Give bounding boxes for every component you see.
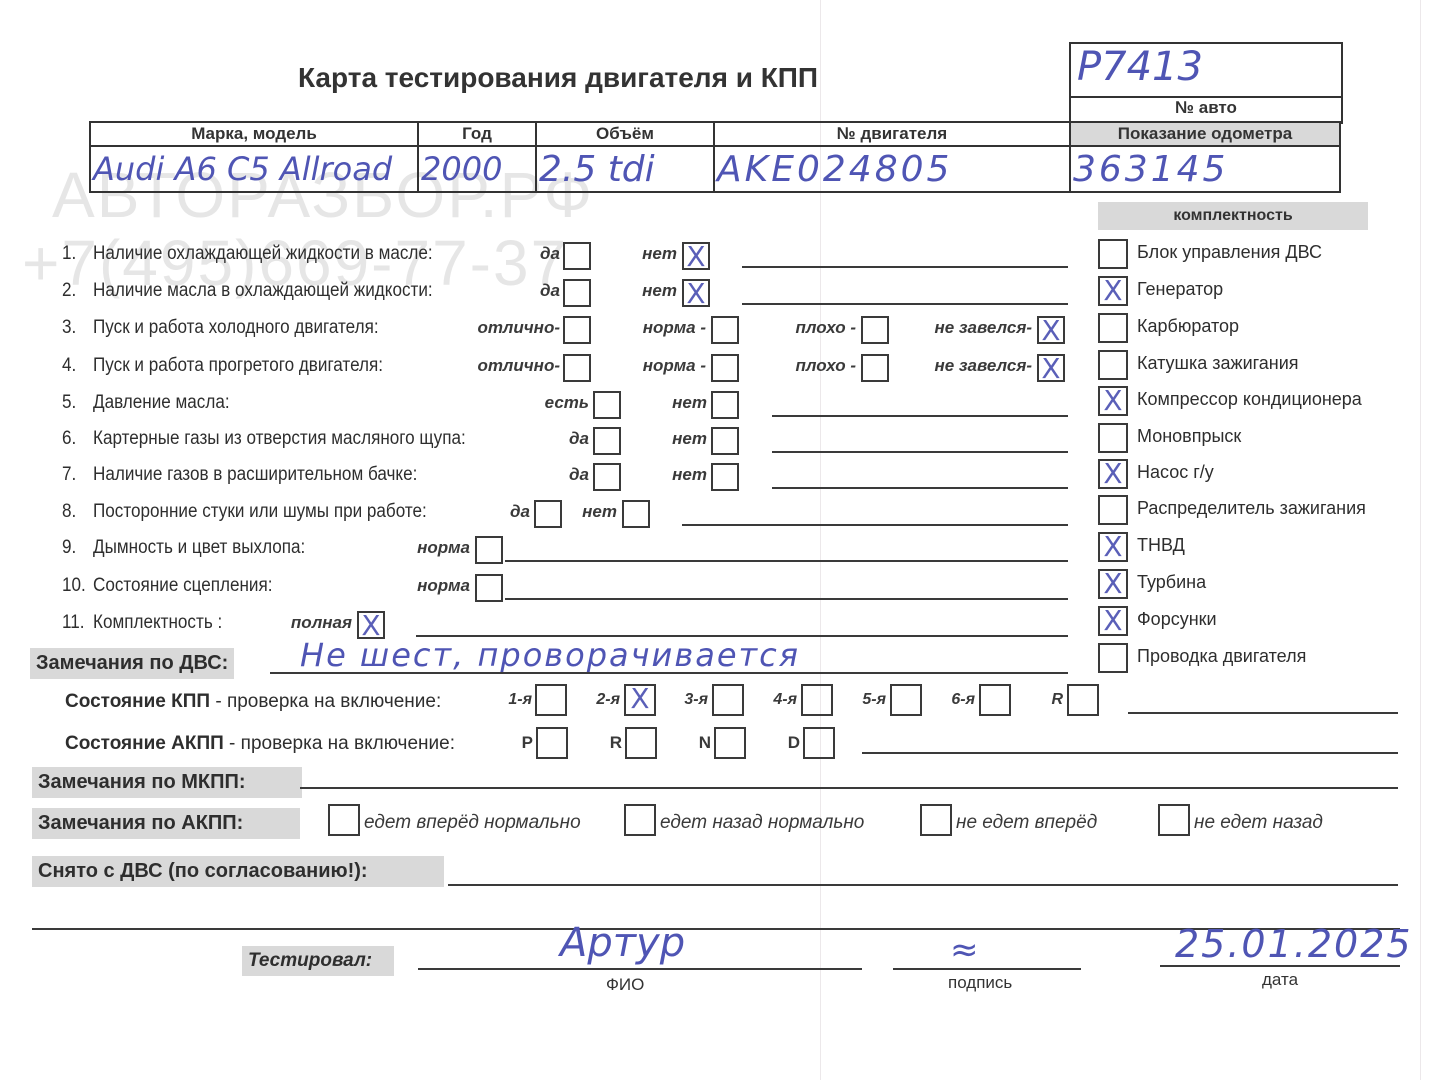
option-label: норма -: [566, 318, 706, 338]
signature-caption: подпись: [948, 973, 1012, 993]
check-mark-icon: X: [684, 275, 708, 313]
gear-label: N: [671, 733, 711, 753]
gear-label: D: [760, 733, 800, 753]
answer-line-q9[interactable]: [505, 560, 1068, 562]
auto-gear-checkbox-1[interactable]: [536, 727, 568, 759]
option-label: нет: [537, 281, 677, 301]
col-odometer: Показание одометра: [1070, 122, 1340, 146]
kit-item-label: Компрессор кондиционера: [1137, 389, 1362, 410]
volume-value[interactable]: 2.5 tdi: [536, 146, 714, 192]
checkbox-q2-2[interactable]: X: [682, 279, 710, 307]
checkbox-q9-1[interactable]: [475, 536, 503, 564]
checklist-num-9: 9.: [62, 537, 76, 559]
auto-gear-checkbox-2[interactable]: [625, 727, 657, 759]
make-model-value[interactable]: Audi A6 C5 Allroad: [90, 146, 418, 192]
kit-checkbox-1[interactable]: [1098, 239, 1128, 269]
kit-item-label: Генератор: [1137, 279, 1223, 300]
gearbox-label-rest: - проверка на включение:: [210, 691, 441, 712]
akpp-remark-label: не едет назад: [1194, 812, 1323, 834]
kit-item-label: Распределитель зажигания: [1137, 498, 1366, 519]
checklist-num-11: 11.: [62, 612, 85, 634]
checklist-question-11: Комплектность :: [93, 612, 222, 634]
name-line[interactable]: [418, 968, 862, 970]
answer-line-q5[interactable]: [772, 415, 1068, 417]
gearbox-label-bold: Состояние КПП: [65, 691, 210, 712]
checklist-num-3: 3.: [62, 317, 76, 339]
vehicle-number-box: P7413 № авто: [1069, 42, 1343, 124]
kit-item-label: Проводка двигателя: [1137, 646, 1306, 667]
vehicle-number-label: № авто: [1071, 98, 1341, 122]
kit-checkbox-9[interactable]: X: [1098, 532, 1128, 562]
kit-checkbox-12[interactable]: [1098, 643, 1128, 673]
akpp-remark-label: не едет вперёд: [956, 812, 1097, 834]
akpp-remark-checkbox-4[interactable]: [1158, 804, 1190, 836]
removed-label: Снято с ДВС (по согласованию!):: [32, 856, 444, 887]
gear-label: R: [1003, 691, 1063, 709]
gear-label: 2-я: [560, 691, 620, 709]
check-mark-icon: X: [1039, 350, 1063, 388]
checklist-num-1: 1.: [62, 243, 76, 265]
checklist-num-5: 5.: [62, 392, 76, 414]
engine-no-value[interactable]: AKE024805: [714, 146, 1070, 192]
option-label: нет: [537, 244, 677, 264]
kit-checkbox-2[interactable]: X: [1098, 276, 1128, 306]
manual-remarks-line[interactable]: [300, 787, 1398, 789]
auto-gear-checkbox-4[interactable]: [803, 727, 835, 759]
akpp-remark-checkbox-1[interactable]: [328, 804, 360, 836]
kit-item-label: Турбина: [1137, 572, 1206, 593]
option-label: не завелся-: [892, 318, 1032, 338]
check-mark-icon: X: [1100, 565, 1126, 603]
kit-item-label: Насос г/у: [1137, 462, 1214, 483]
option-label: не завелся-: [892, 356, 1032, 376]
signature-line[interactable]: [893, 968, 1081, 970]
checklist-question-9: Дымность и цвет выхлопа:: [93, 537, 305, 559]
checklist-num-2: 2.: [62, 280, 76, 302]
checklist-question-2: Наличие масла в охлаждающей жидкости:: [93, 280, 433, 302]
check-mark-icon: X: [1039, 312, 1063, 350]
tested-by-label: Тестировал:: [242, 946, 394, 976]
checklist-question-1: Наличие охлаждающей жидкости в масле:: [93, 243, 433, 265]
kit-item-label: ТНВД: [1137, 535, 1185, 556]
kit-item-label: Блок управления ДВС: [1137, 242, 1322, 263]
tester-name-value[interactable]: Артур: [560, 920, 685, 966]
checklist-question-5: Давление масла:: [93, 392, 230, 414]
option-label: норма: [330, 538, 470, 558]
page-title: Карта тестирования двигателя и КПП: [298, 62, 818, 94]
gearbox-label-bold: Состояние АКПП: [65, 733, 224, 754]
date-value[interactable]: 25.01.2025: [1175, 922, 1413, 966]
checklist-num-10: 10.: [62, 575, 86, 597]
checkbox-q3-4[interactable]: X: [1037, 316, 1065, 344]
gear-label: 6-я: [915, 691, 975, 709]
date-caption: дата: [1262, 970, 1298, 990]
checkbox-q7-2[interactable]: [711, 463, 739, 491]
engine-remarks-line[interactable]: [270, 672, 1068, 674]
kit-item-label: Форсунки: [1137, 609, 1217, 630]
check-mark-icon: X: [1100, 528, 1126, 566]
checklist-num-8: 8.: [62, 501, 76, 523]
checkbox-q5-2[interactable]: [711, 391, 739, 419]
check-mark-icon: X: [1100, 455, 1126, 493]
option-label: нет: [477, 502, 617, 522]
auto-gear-checkbox-3[interactable]: [714, 727, 746, 759]
checklist-question-6: Картерные газы из отверстия масляного щу…: [93, 428, 466, 450]
checklist-num-4: 4.: [62, 355, 76, 377]
option-label: нет: [567, 429, 707, 449]
gear-label: 1-я: [472, 691, 532, 709]
option-label: норма: [330, 576, 470, 596]
gear-label: 3-я: [648, 691, 708, 709]
checklist-question-7: Наличие газов в расширительном бачке:: [93, 464, 417, 486]
kit-header: комплектность: [1098, 202, 1368, 230]
checklist-question-3: Пуск и работа холодного двигателя:: [93, 317, 379, 339]
option-label: плохо -: [716, 318, 856, 338]
name-caption: ФИО: [606, 975, 644, 995]
kit-checkbox-3[interactable]: [1098, 313, 1128, 343]
answer-line-q6[interactable]: [772, 451, 1068, 453]
vehicle-number-value[interactable]: P7413: [1071, 44, 1341, 98]
gear-label: R: [582, 733, 622, 753]
kit-item-label: Карбюратор: [1137, 316, 1239, 337]
kit-checkbox-4[interactable]: [1098, 350, 1128, 380]
checkbox-q1-2[interactable]: X: [682, 242, 710, 270]
kit-item-label: Катушка зажигания: [1137, 353, 1299, 374]
checklist-num-6: 6.: [62, 428, 76, 450]
auto-gearbox-line[interactable]: [862, 752, 1398, 754]
vehicle-info-table: Марка, модель Год Объём № двигателя Пока…: [89, 121, 1341, 193]
kit-checkbox-5[interactable]: X: [1098, 386, 1128, 416]
checklist-question-4: Пуск и работа прогретого двигателя:: [93, 355, 383, 377]
auto-remarks-label: Замечания по АКПП:: [32, 808, 300, 839]
manual-remarks-label: Замечания по МКПП:: [32, 767, 302, 798]
answer-line-q8[interactable]: [682, 524, 1068, 526]
answer-line-q7[interactable]: [772, 487, 1068, 489]
col-year: Год: [418, 122, 536, 146]
option-label: отлично-: [420, 318, 560, 338]
odometer-value[interactable]: 363145: [1070, 146, 1340, 192]
checkbox-q8-2[interactable]: [622, 500, 650, 528]
answer-line-q1[interactable]: [742, 266, 1068, 268]
col-engine-no: № двигателя: [714, 122, 1070, 146]
year-value[interactable]: 2000: [418, 146, 536, 192]
checkbox-q3-3[interactable]: [861, 316, 889, 344]
checkbox-q11-1[interactable]: X: [357, 611, 385, 639]
answer-line-q10[interactable]: [505, 598, 1068, 600]
date-line[interactable]: [1160, 965, 1400, 967]
checklist-question-10: Состояние сцепления:: [93, 575, 272, 597]
option-label: полная: [212, 613, 352, 633]
akpp-remark-checkbox-3[interactable]: [920, 804, 952, 836]
checkbox-q4-4[interactable]: X: [1037, 354, 1065, 382]
akpp-remark-label: едет вперёд нормально: [364, 812, 581, 834]
checklist-num-7: 7.: [62, 464, 76, 486]
paper-edge: [1420, 0, 1421, 1080]
check-mark-icon: X: [684, 238, 708, 276]
kit-item-label: Моновпрыск: [1137, 426, 1241, 447]
kit-checkbox-7[interactable]: X: [1098, 459, 1128, 489]
col-volume: Объём: [536, 122, 714, 146]
option-label: нет: [567, 465, 707, 485]
check-mark-icon: X: [1100, 382, 1126, 420]
kit-checkbox-11[interactable]: X: [1098, 606, 1128, 636]
manual-gearbox-line[interactable]: [1128, 712, 1398, 714]
kit-checkbox-6[interactable]: [1098, 423, 1128, 453]
manual-gearbox-label: Состояние КПП - проверка на включение:: [65, 691, 441, 713]
gear-label: P: [493, 733, 533, 753]
checklist-question-8: Посторонние стуки или шумы при работе:: [93, 501, 427, 523]
gear-label: 5-я: [826, 691, 886, 709]
auto-gearbox-label: Состояние АКПП - проверка на включение:: [65, 733, 455, 755]
checkbox-q10-1[interactable]: [475, 574, 503, 602]
checkbox-q4-3[interactable]: [861, 354, 889, 382]
kit-checkbox-10[interactable]: X: [1098, 569, 1128, 599]
check-mark-icon: X: [1100, 602, 1126, 640]
manual-gear-checkbox-7[interactable]: [1067, 684, 1099, 716]
check-mark-icon: X: [1100, 272, 1126, 310]
engine-remarks-value[interactable]: Не шест, проворачивается: [300, 636, 800, 674]
kit-checkbox-8[interactable]: [1098, 495, 1128, 525]
option-label: плохо -: [716, 356, 856, 376]
option-label: отлично-: [420, 356, 560, 376]
col-make-model: Марка, модель: [90, 122, 418, 146]
checkbox-q6-2[interactable]: [711, 427, 739, 455]
signature-icon[interactable]: ≈: [950, 930, 979, 970]
option-label: норма -: [566, 356, 706, 376]
akpp-remark-checkbox-2[interactable]: [624, 804, 656, 836]
gearbox-label-rest: - проверка на включение:: [224, 733, 455, 754]
gear-label: 4-я: [737, 691, 797, 709]
akpp-remark-label: едет назад нормально: [660, 812, 864, 834]
engine-remarks-label: Замечания по ДВС:: [30, 648, 234, 679]
answer-line-q2[interactable]: [742, 303, 1068, 305]
removed-line[interactable]: [448, 884, 1398, 886]
option-label: нет: [567, 393, 707, 413]
